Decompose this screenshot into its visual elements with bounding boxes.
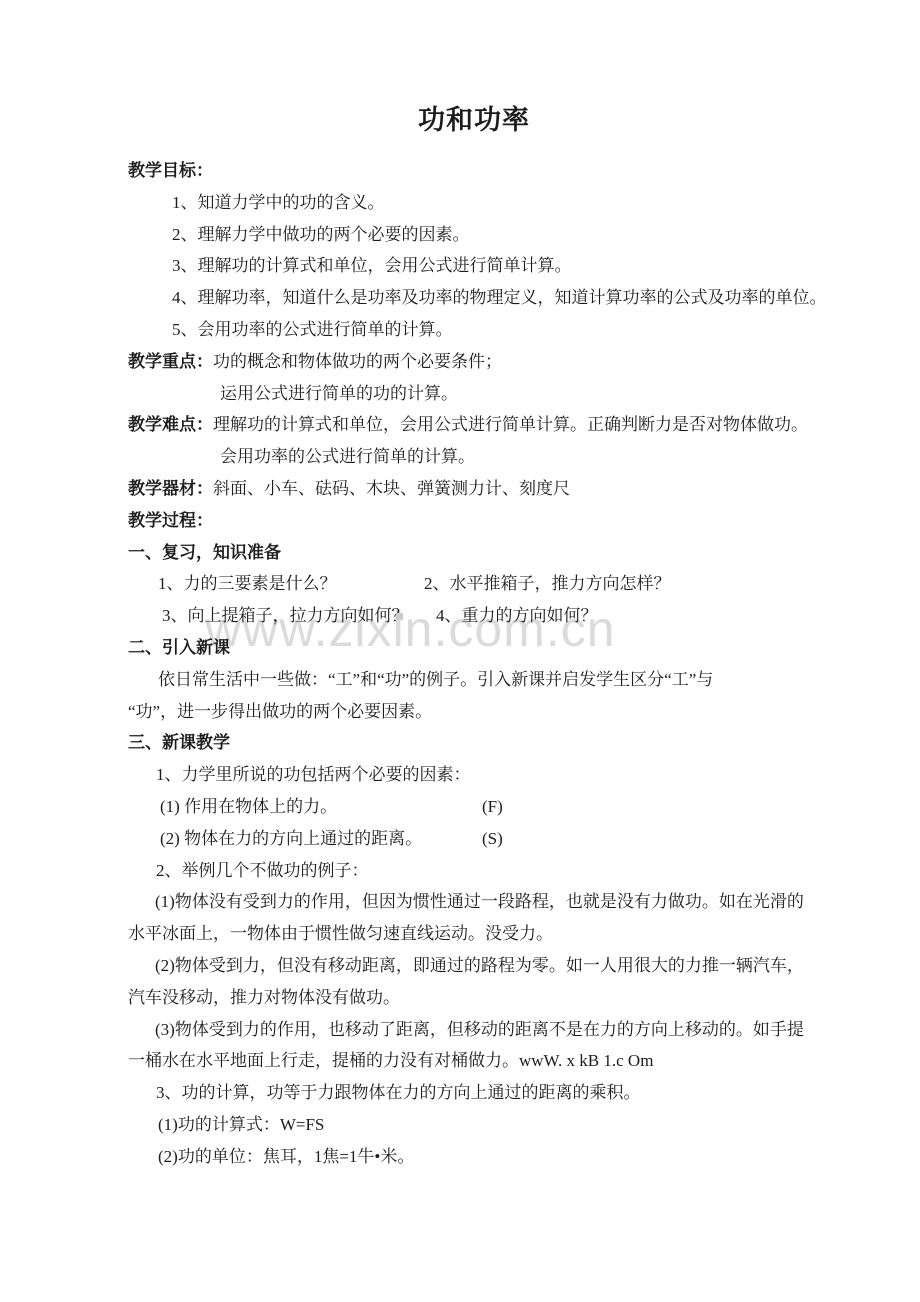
factor-2-text: (2) 物体在力的方向上通过的距离。 — [160, 829, 422, 848]
review-questions-row-2: 3、向上提箱子，拉力方向如何？4、重力的方向如何？ — [128, 600, 820, 632]
objectives-label: 教学目标： — [128, 161, 213, 180]
point-1-factor-1: (1) 作用在物体上的力。(F) — [128, 791, 820, 823]
factor-1-text: (1) 作用在物体上的力。 — [160, 797, 337, 816]
review-question-3: 3、向上提箱子，拉力方向如何？ — [162, 606, 409, 625]
key-points-label: 教学重点： — [128, 352, 213, 371]
materials-label: 教学器材： — [128, 479, 213, 498]
teaching-point-1: 1、力学里所说的功包括两个必要的因素： — [128, 759, 820, 791]
gray-artifact-dot — [396, 613, 403, 620]
factor-1-symbol: (F) — [482, 791, 503, 823]
factor-2-symbol: (S) — [482, 823, 503, 855]
objectives-heading: 教学目标： — [128, 155, 820, 187]
review-question-2: 2、水平推箱子，推力方向怎样？ — [424, 568, 671, 600]
review-question-4: 4、重力的方向如何？ — [436, 600, 598, 632]
review-questions-row-1: 1、力的三要素是什么？2、水平推箱子，推力方向怎样？ — [128, 568, 820, 600]
example-3-line-2: 一桶水在水平地面上行走，提桶的力没有对桶做力。wwW. x kB 1.c Om — [128, 1045, 820, 1077]
example-2-line-1: (2)物体受到力，但没有移动距离，即通过的路程为零。如一人用很大的力推一辆汽车， — [128, 950, 820, 982]
materials-line: 教学器材：斜面、小车、砝码、木块、弹簧测力计、刻度尺 — [128, 473, 820, 505]
example-2-line-2: 汽车没移动，推力对物体没有做功。 — [128, 982, 820, 1014]
objective-item-3: 3、理解功的计算式和单位，会用公式进行简单计算。 — [128, 250, 820, 282]
objective-item-1: 1、知道力学中的功的含义。 — [128, 187, 820, 219]
example-3-line-1: (3)物体受到力的作用，也移动了距离，但移动的距离不是在力的方向上移动的。如手提 — [128, 1014, 820, 1046]
document-content: 功和功率 教学目标： 1、知道力学中的功的含义。 2、理解力学中做功的两个必要的… — [128, 0, 820, 1173]
intro-paragraph-line-1: 依日常生活中一些做：“工”和“功”的例子。引入新课并启发学生区分“工”与 — [128, 664, 820, 696]
intro-paragraph-line-2: “功”，进一步得出做功的两个必要因素。 — [128, 696, 820, 728]
teaching-point-3: 3、功的计算，功等于力跟物体在力的方向上通过的距离的乘积。 — [128, 1077, 820, 1109]
difficulties-line-2: 会用功率的公式进行简单的计算。 — [128, 441, 820, 473]
difficulties-line: 教学难点：理解功的计算式和单位，会用公式进行简单计算。正确判断力是否对物体做功。 — [128, 409, 820, 441]
example-1-line-1: (1)物体没有受到力的作用，但因为惯性通过一段路程，也就是没有力做功。如在光滑的 — [128, 886, 820, 918]
teaching-point-2: 2、举例几个不做功的例子： — [128, 855, 820, 887]
point-3-formula: (1)功的计算式：W=FS — [128, 1109, 820, 1141]
page-title: 功和功率 — [128, 100, 820, 140]
difficulties-label: 教学难点： — [128, 415, 213, 434]
objective-item-5: 5、会用功率的公式进行简单的计算。 — [128, 314, 820, 346]
point-1-factor-2: (2) 物体在力的方向上通过的距离。(S) — [128, 823, 820, 855]
materials-text: 斜面、小车、砝码、木块、弹簧测力计、刻度尺 — [213, 479, 570, 498]
point-3-unit: (2)功的单位：焦耳，1焦=1牛•米。 — [128, 1141, 820, 1173]
section-review-heading: 一、复习，知识准备 — [128, 537, 820, 569]
objective-item-4: 4、理解功率，知道什么是功率及功率的物理定义，知道计算功率的公式及功率的单位。 — [128, 282, 820, 314]
review-question-1: 1、力的三要素是什么？ — [158, 574, 337, 593]
key-points-text: 功的概念和物体做功的两个必要条件； — [213, 352, 502, 371]
process-heading: 教学过程： — [128, 505, 820, 537]
key-points-line: 教学重点：功的概念和物体做功的两个必要条件； — [128, 346, 820, 378]
key-points-line-2: 运用公式进行简单的功的计算。 — [128, 378, 820, 410]
section-teaching-heading: 三、新课教学 — [128, 727, 820, 759]
objective-item-2: 2、理解力学中做功的两个必要的因素。 — [128, 219, 820, 251]
difficulties-text: 理解功的计算式和单位，会用公式进行简单计算。正确判断力是否对物体做功。 — [213, 415, 808, 434]
process-label: 教学过程： — [128, 511, 213, 530]
example-1-line-2: 水平冰面上，一物体由于惯性做匀速直线运动。没受力。 — [128, 918, 820, 950]
document-page: www.zixin.com.cn 功和功率 教学目标： 1、知道力学中的功的含义… — [0, 0, 920, 1302]
section-intro-heading: 二、引入新课 — [128, 632, 820, 664]
